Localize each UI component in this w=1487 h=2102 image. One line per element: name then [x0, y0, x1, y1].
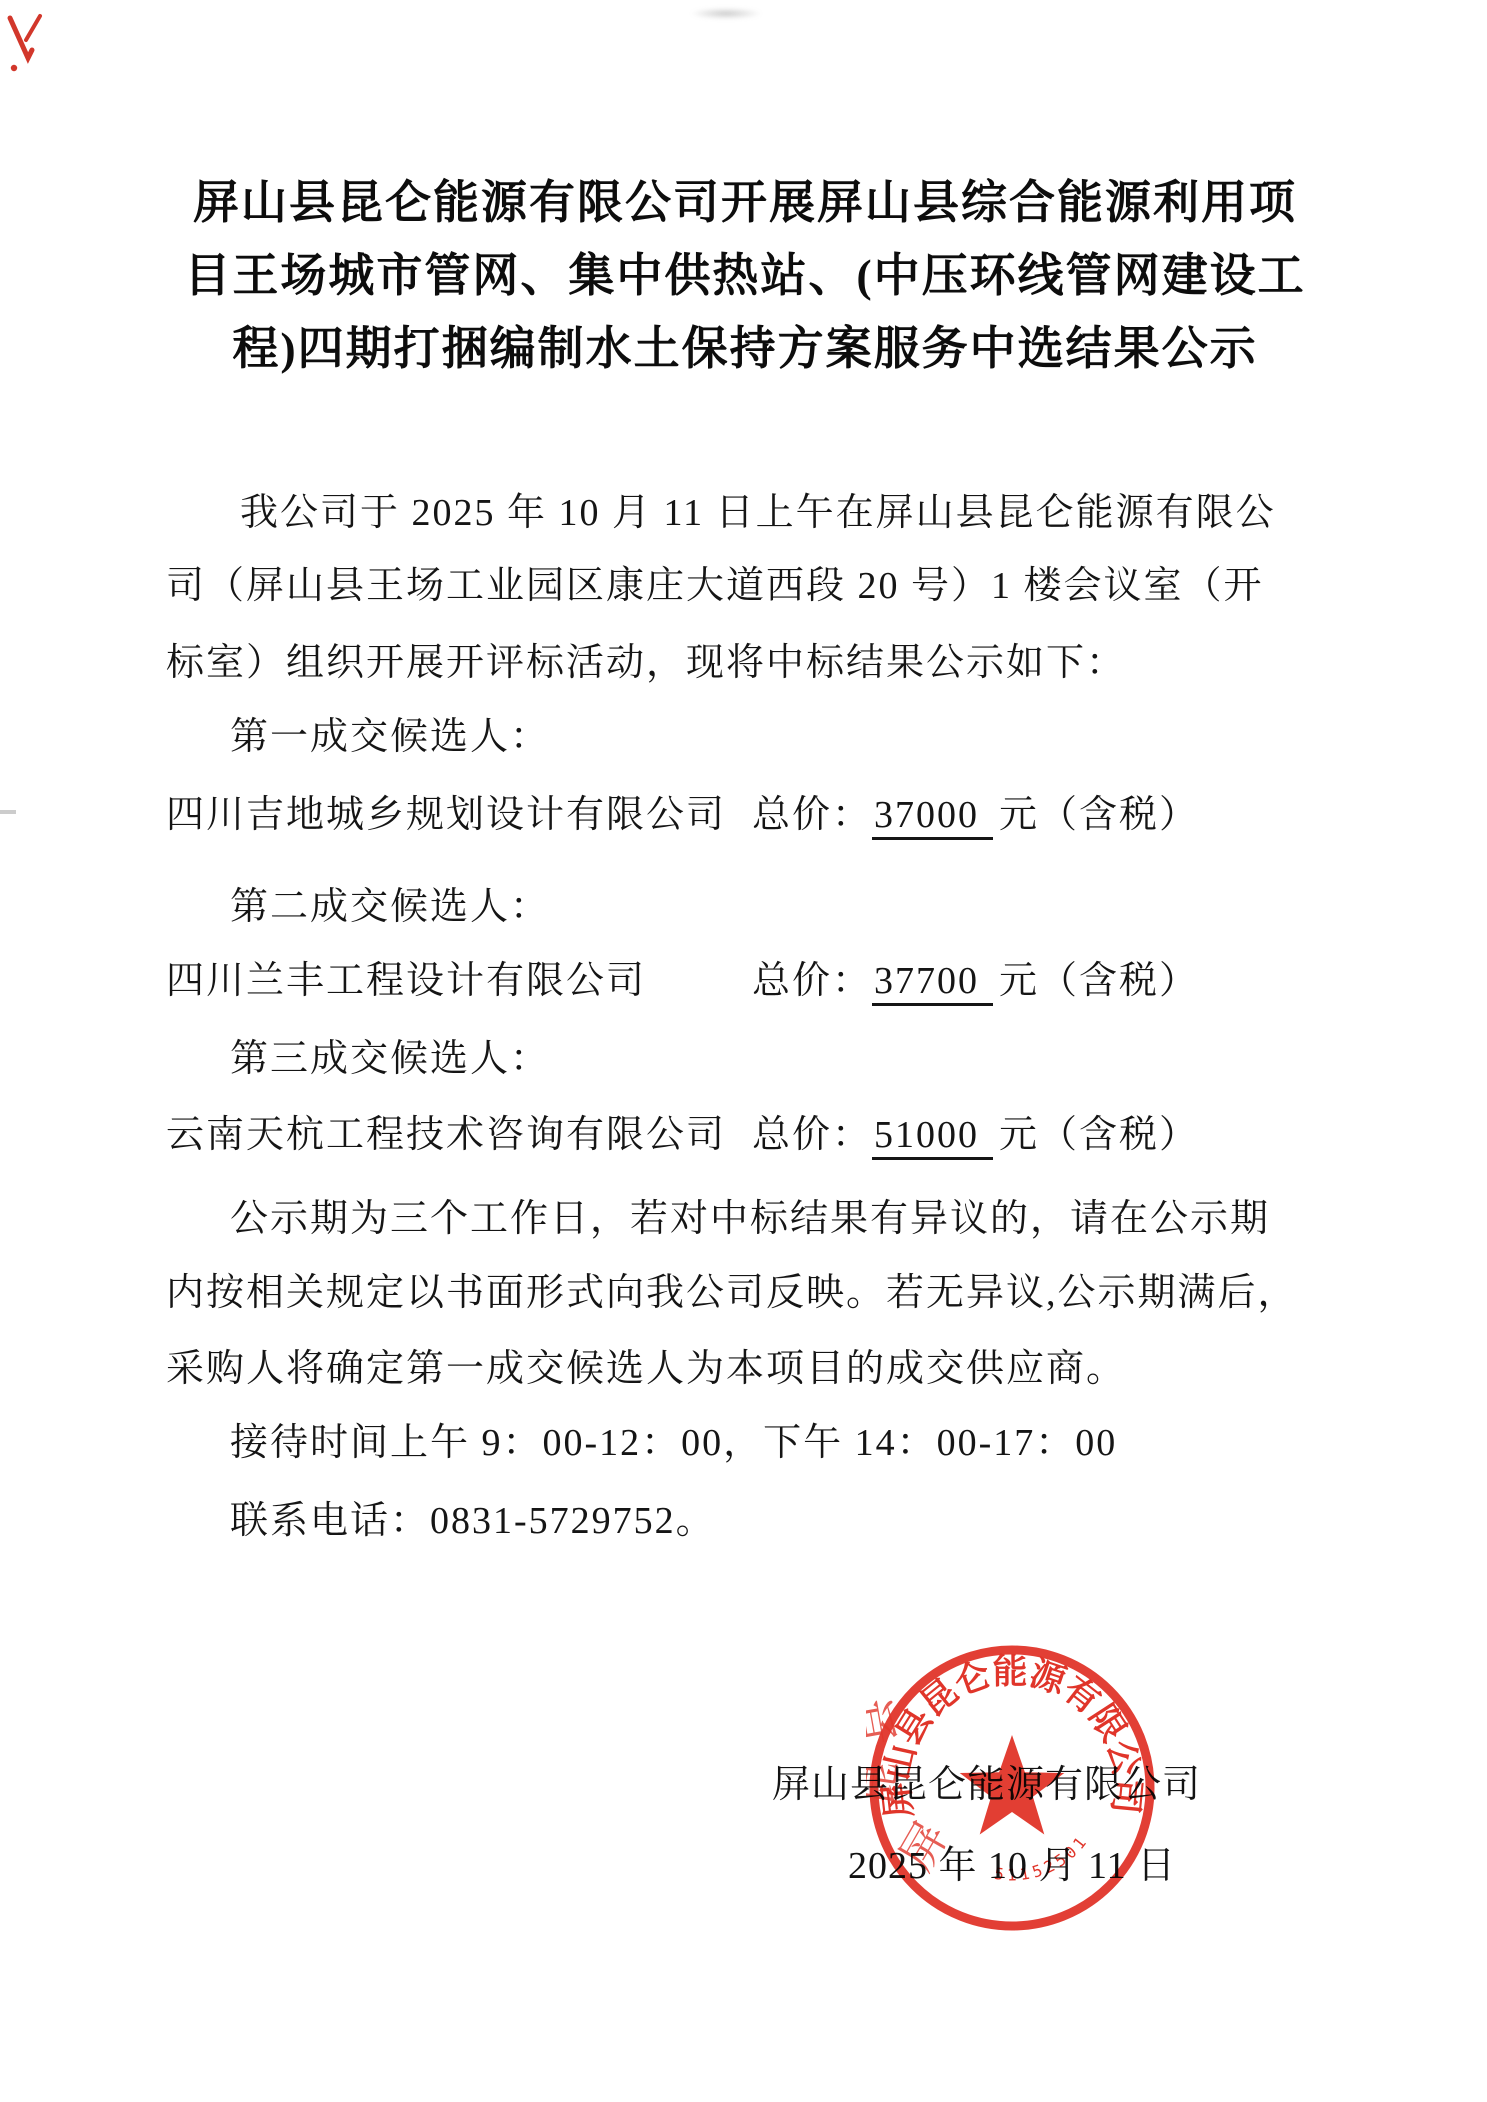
closing-line3: 采购人将确定第一成交候选人为本项目的成交供应商。	[166, 1346, 1126, 1392]
document-title: 屏山县昆仑能源有限公司开展屏山县综合能源利用项 目王场城市管网、集中供热站、(中…	[130, 166, 1360, 385]
candidate2-heading: 第二成交候选人：	[230, 884, 550, 930]
paragraph1-line2: 司（屏山县王场工业园区康庄大道西段 20 号）1 楼会议室（开	[166, 563, 1264, 609]
contact-phone: 联系电话：0831-5729752。	[230, 1498, 716, 1544]
closing-line2: 内按相关规定以书面形式向我公司反映。若无异议,公示期满后，	[166, 1270, 1298, 1316]
candidate3-price-value: 51000	[872, 1114, 993, 1160]
candidate2-price: 总价：37700元（含税）	[752, 958, 1199, 1004]
candidate2-company: 四川兰丰工程设计有限公司	[166, 958, 646, 1004]
candidate2-price-value: 37700	[872, 960, 993, 1006]
candidate3-company: 云南天杭工程技术咨询有限公司	[166, 1112, 726, 1158]
title-line-1: 屏山县昆仑能源有限公司开展屏山县综合能源利用项	[130, 166, 1360, 239]
candidate2-price-label: 总价：	[752, 960, 872, 1002]
candidate1-price-value: 37000	[872, 794, 993, 840]
scan-artifact-red-marks	[2, 6, 72, 86]
candidate2-price-unit: 元（含税）	[999, 960, 1199, 1002]
paragraph1-line3: 标室）组织开展开评标活动，现将中标结果公示如下：	[166, 640, 1126, 686]
scan-edge-mark	[0, 810, 16, 814]
candidate3-price: 总价：51000元（含税）	[752, 1112, 1199, 1158]
candidate1-company: 四川吉地城乡规划设计有限公司	[166, 792, 726, 838]
candidate1-heading: 第一成交候选人：	[230, 714, 550, 760]
scan-smudge	[690, 8, 762, 19]
candidate1-price-label: 总价：	[752, 794, 872, 836]
document-page: 屏山县昆仑能源有限公司开展屏山县综合能源利用项 目王场城市管网、集中供热站、(中…	[0, 0, 1487, 2102]
closing-line1: 公示期为三个工作日，若对中标结果有异议的，请在公示期	[230, 1196, 1270, 1242]
candidate3-price-label: 总价：	[752, 1114, 872, 1156]
candidate3-heading: 第三成交候选人：	[230, 1036, 550, 1082]
candidate1-price-unit: 元（含税）	[999, 794, 1199, 836]
seal-ghost-char-1: 县	[866, 1695, 906, 1749]
title-line-2: 目王场城市管网、集中供热站、(中压环线管网建设工	[130, 239, 1360, 312]
reception-hours: 接待时间上午 9：00-12：00，下午 14：00-17：00	[230, 1420, 1117, 1466]
candidate3-price-unit: 元（含税）	[999, 1114, 1199, 1156]
title-line-3: 程)四期打捆编制水土保持方案服务中选结果公示	[130, 312, 1360, 385]
signature-date: 2025 年 10 月 11 日	[848, 1834, 1176, 1889]
candidate1-price: 总价：37000元（含税）	[752, 792, 1199, 838]
signature-company: 屏山县昆仑能源有限公司	[772, 1753, 1201, 1808]
paragraph1-line1: 我公司于 2025 年 10 月 11 日上午在屏山县昆仑能源有限公	[240, 490, 1276, 536]
